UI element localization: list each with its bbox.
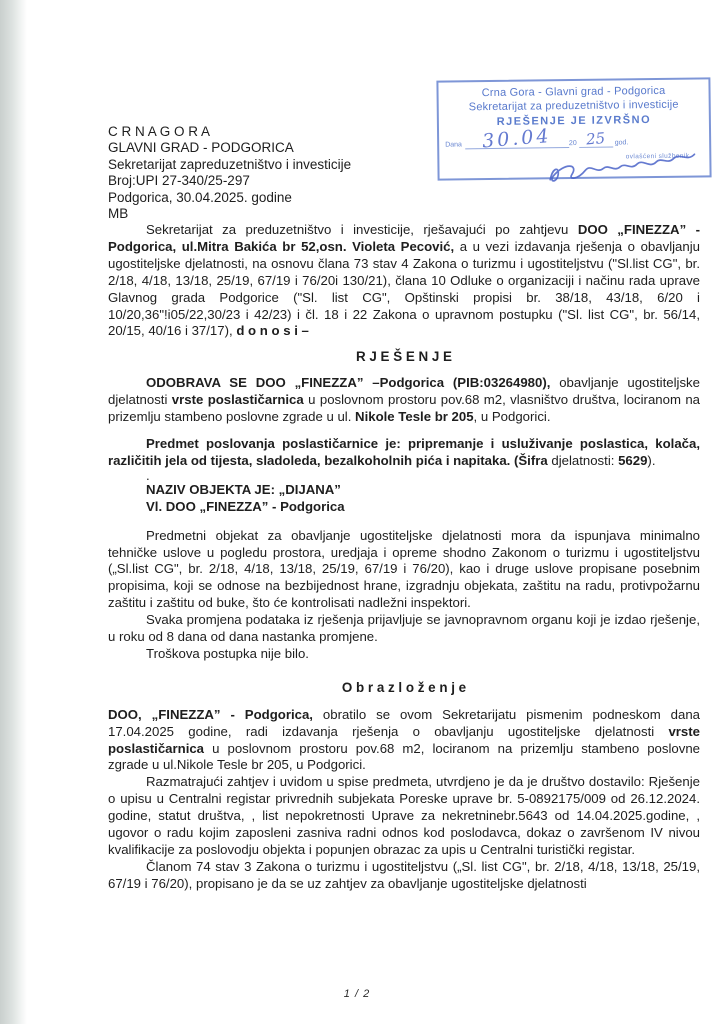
paragraph-technical-conditions: Predmetni objekat za obavljanje ugostite… bbox=[108, 528, 700, 613]
paragraph-law-article: Članom 74 stav 3 Zakona o turizmu i ugos… bbox=[108, 859, 700, 893]
stamp-handwritten-year: 25 bbox=[586, 132, 606, 145]
paragraph-approval: ODOBRAVA SE DOO „FINEZZA” –Podgorica (PI… bbox=[108, 375, 700, 426]
paragraph-object-name: NAZIV OBJEKTA JE: „DIJANA” bbox=[108, 482, 700, 499]
paragraph-change-notice: Svaka promjena podataka iz rješenja prij… bbox=[108, 612, 700, 646]
letterhead-city: GLAVNI GRAD - PODGORICA bbox=[108, 140, 351, 156]
letterhead: C R N A G O R A GLAVNI GRAD - PODGORICA … bbox=[108, 124, 351, 222]
letterhead-department: Sekretarijat zapreduzetništvo i investic… bbox=[108, 157, 351, 173]
document-body: Sekretarijat za preduzetništvo i investi… bbox=[108, 222, 700, 893]
paragraph-owner: Vl. DOO „FINEZZA” - Podgorica bbox=[108, 499, 700, 516]
stamp-god-label: god. bbox=[615, 139, 629, 147]
stamp-year-prefix: 20 bbox=[569, 139, 577, 147]
letterhead-place-date: Podgorica, 30.04.2025. godine bbox=[108, 190, 351, 206]
paragraph-evidence: Razmatrajući zahtjev i uvidom u spise pr… bbox=[108, 774, 700, 859]
stamp-date-row: Dana 30.04 20 25 god. bbox=[445, 129, 703, 149]
reasoning-title: O b r a z l o ž e n j e bbox=[108, 680, 700, 697]
letterhead-initials: MB bbox=[108, 206, 351, 222]
stamp-handwritten-date: 30.04 bbox=[482, 128, 552, 148]
stamp-year-blank: 25 bbox=[579, 133, 613, 147]
stamp-dana-label: Dana bbox=[445, 141, 462, 149]
paragraph-intro: Sekretarijat za preduzetništvo i investi… bbox=[108, 222, 700, 340]
resolution-title: R J E Š E N J E bbox=[108, 349, 700, 366]
stamp-signature-row: ovlašćeni službenik bbox=[445, 147, 703, 184]
signature-scribble bbox=[542, 146, 704, 190]
stamp-date-blank: 30.04 bbox=[465, 131, 569, 149]
stamp-line-executive: RJEŠENJE JE IZVRŠNO bbox=[445, 113, 703, 130]
page-number: 1 / 2 bbox=[0, 988, 714, 1000]
paragraph-costs: Troškova postupka nije bilo. bbox=[108, 646, 700, 663]
stamp-line-secretariat: Sekretarijat za preduzetništvo i investi… bbox=[445, 98, 703, 115]
scanned-document-page: Crna Gora - Glavni grad - Podgorica Sekr… bbox=[0, 0, 724, 1024]
stray-period: . bbox=[108, 470, 700, 482]
paragraph-business-subject: Predmet poslovanja poslastičarnice je: p… bbox=[108, 436, 700, 470]
scan-edge-artifact bbox=[0, 0, 27, 1024]
paragraph-request: DOO, „FINEZZA” - Podgorica, obratilo se … bbox=[108, 707, 700, 775]
letterhead-country: C R N A G O R A bbox=[108, 124, 351, 140]
letterhead-case-number: Broj:UPI 27-340/25-297 bbox=[108, 173, 351, 189]
executive-stamp: Crna Gora - Glavni grad - Podgorica Sekr… bbox=[436, 77, 711, 180]
